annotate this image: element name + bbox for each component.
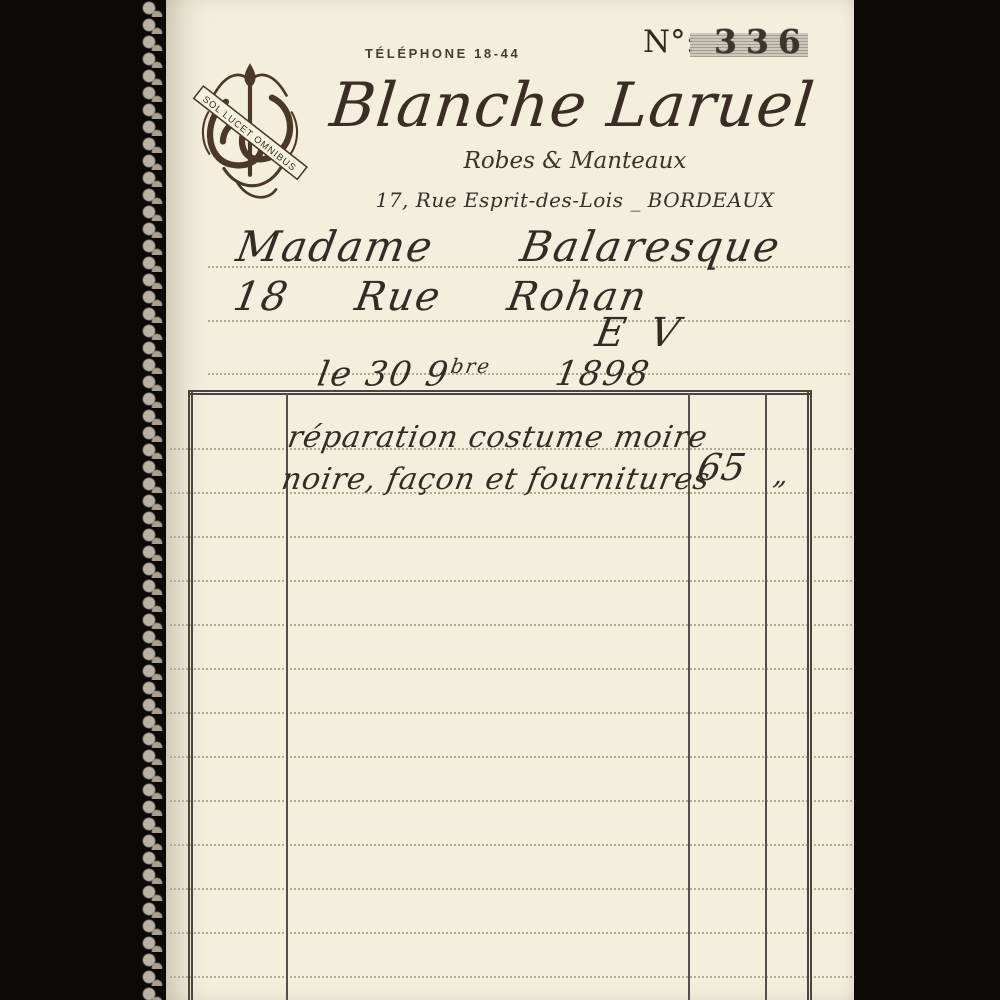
ledger-right-border [807,390,812,1000]
invoice-number-label: N°: [643,24,696,60]
ruled-line [170,536,852,538]
invoice-date: le 30 9bre1898 [314,354,653,394]
ruled-line [170,844,852,846]
ruled-line [170,712,852,714]
ledger-column-line [765,393,767,1000]
ruled-line [208,320,850,322]
recipient-street: 18 Rue Rohan [230,274,652,320]
monogram-icon: SOL LUCET OMNIBUS [192,58,308,204]
ruled-line [170,668,852,670]
scanned-invoice: TÉLÉPHONE 18-44 N°: 336 SOL LUCET OMNIBU… [0,0,1000,1000]
invoice-number-value: 336 [714,22,810,61]
business-name: Blanche Laruel [321,70,823,141]
ledger-left-border [188,390,193,1000]
item-description-line1: réparation costume moire [285,420,711,455]
ruled-line [170,888,852,890]
invoice-date-month-suffix: bre [449,354,493,378]
ruled-line [170,756,852,758]
telephone-number: TÉLÉPHONE 18-44 [365,46,520,61]
item-amount-francs: 65 [694,446,749,489]
business-subtitle: Robes & Manteaux [430,148,720,174]
ruled-line [170,932,852,934]
ruled-line [170,580,852,582]
item-description-line2: noire, façon et fournitures [279,462,713,497]
recipient-city: E V [592,310,689,356]
ruled-line [170,800,852,802]
invoice-date-day-month: le 30 9 [314,354,453,394]
ruled-line [170,976,852,978]
ruled-line [170,624,852,626]
perforated-edge [140,0,168,1000]
invoice-date-year: 1898 [552,354,654,394]
business-address: 17, Rue Esprit-des-Lois _ BORDEAUX [370,188,780,212]
recipient-name: Madame Balaresque [233,222,785,271]
